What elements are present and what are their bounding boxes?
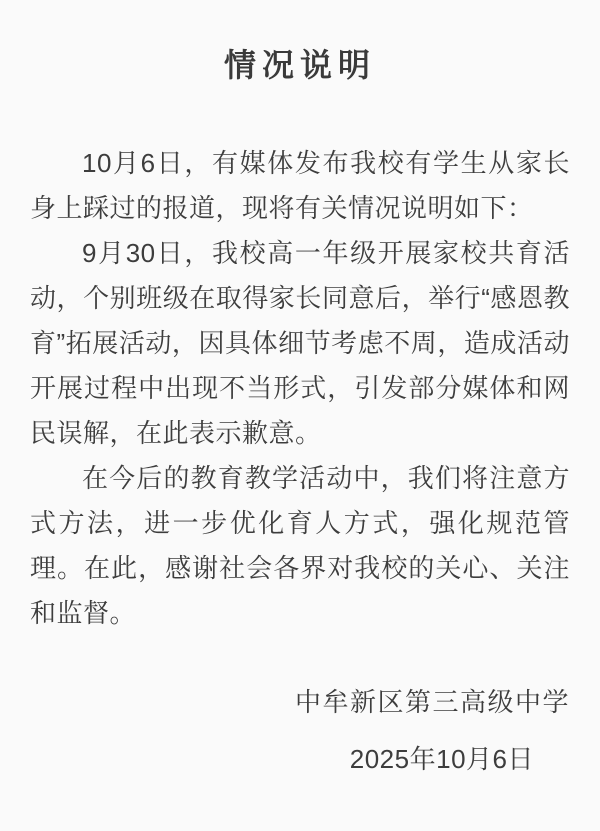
page-title: 情况说明 <box>30 46 570 84</box>
document-footer: 中牟新区第三高级中学 2025年10月6日 <box>30 680 570 782</box>
body-paragraph-3: 在今后的教育教学活动中，我们将注意方式方法，进一步优化育人方式，强化规范管理。在… <box>30 456 570 636</box>
body-paragraph-1: 10月6日，有媒体发布我校有学生从家长身上踩过的报道，现将有关情况说明如下： <box>30 141 570 231</box>
body-paragraph-2: 9月30日，我校高一年级开展家校共育活动，个别班级在取得家长同意后，举行“感恩教… <box>30 231 570 456</box>
document-page: 情况说明 10月6日，有媒体发布我校有学生从家长身上踩过的报道，现将有关情况说明… <box>0 0 600 831</box>
date-line: 2025年10月6日 <box>30 737 570 782</box>
document-body: 10月6日，有媒体发布我校有学生从家长身上踩过的报道，现将有关情况说明如下： 9… <box>30 141 570 636</box>
signature: 中牟新区第三高级中学 <box>30 680 570 725</box>
